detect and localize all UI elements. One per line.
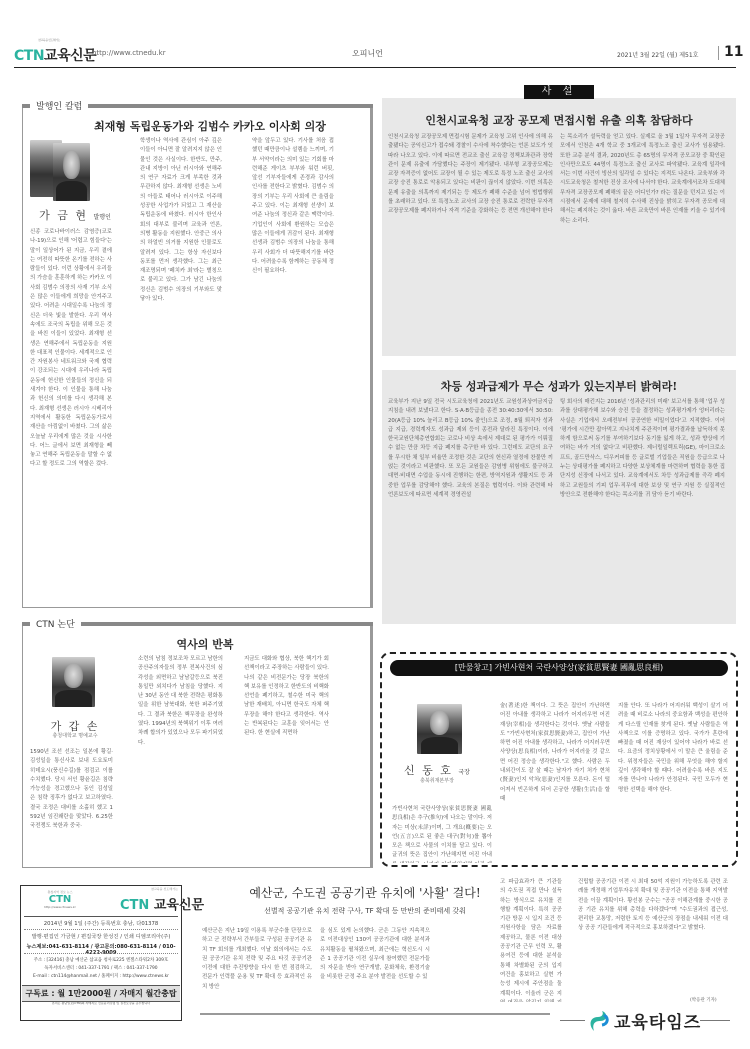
author-name: 가 금 현 발행인 <box>30 207 120 223</box>
divider <box>700 1020 730 1021</box>
info-small-logo: 충청지역 정보 뉴스 CTN http://www.ctnews.kr <box>40 890 80 909</box>
editorial2-column-2: 팅 회사의 매킨지는 2016년 '성과관리의 미래' 보고서를 통해 '업무 … <box>560 398 725 616</box>
masthead-logo[interactable]: 참교육을 선도해가는 CTN교육신문 <box>14 45 96 65</box>
author-title: 발행인 <box>93 214 110 221</box>
manmul-column-2: 술(著述)한 책이다. 그 뜻은 집안이 가난하면 어진 아내를 생각하고 나라… <box>500 702 610 863</box>
author-title-inline: 국장 <box>458 769 470 776</box>
ctn-column-headline[interactable]: 역사의 반복 <box>130 636 280 652</box>
yesan-column-2: 을 심도 있게 논의했다. 군은 그동안 지속적으로 이전대상인 130여 공공… <box>320 927 430 1002</box>
info-logo-main: CTN 교육신문 <box>120 894 204 913</box>
info-small-logo-url: http://www.ctnews.kr <box>40 905 80 909</box>
info-contact: 뉴스제보:041-631-8114 / 광고문의:080-631-8114 / … <box>22 943 180 956</box>
info-email: E-mail : ctn114@hanmail.net / 홈페이지 : htt… <box>22 973 180 979</box>
info-registration: 2014년 9월 1일 (주간) 등록번호 충남, 다01378 <box>22 919 180 927</box>
edutimes-logo[interactable]: 교육타임즈 <box>588 1008 701 1033</box>
info-subscriber: 독자서비스센터 : 041-337-1791 / 팩스 : 041-337-17… <box>22 965 180 971</box>
author-name-text: 가 금 현 <box>39 209 88 222</box>
info-logo-ctn: CTN <box>120 898 149 913</box>
masthead-logo-kr: 교육신문 <box>44 48 96 64</box>
info-subscription: 구독료 : 월 1만2000원 / 자매지 월간충탑 <box>22 985 180 1002</box>
manmul-column-3: 지를 안다. 또 나라가 어지러워 백성이 살기 어려울 때 비로소 나라의 중… <box>618 702 728 863</box>
article-column-3: 지금도 대화와 협상, 북한 핵기가 회선책이라고 주장하는 사람들이 있다. … <box>244 655 329 863</box>
info-small-logo-ctn: CTN <box>40 894 80 905</box>
author-photo-publisher <box>53 143 90 201</box>
article-column-3: 약을 앞두고 있다. 기사를 처음 접했던 때만큼이나 설렘을 느끼며, 기부 … <box>252 137 334 337</box>
publisher-column-headline[interactable]: 최재형 독립운동가와 김범수 카카오 이사회 의장 <box>60 118 360 134</box>
author-name-text: 신 동 호 <box>404 764 453 777</box>
divider <box>718 46 719 60</box>
article-column-2: 학생이나 역사에 관심이 아주 깊은 이들이 아니면 잘 알려지지 않은 인물인… <box>140 137 222 600</box>
section-title: 오피니언 <box>352 48 383 59</box>
editorial2-headline[interactable]: 차등 성과급제가 무슨 성과가 있는지부터 밝혀라! <box>385 378 733 394</box>
yesan-subheadline: 선별적 공공기관 유치 전략 구사, TF 확대 등 만반의 준비태세 갖춰 <box>200 906 530 916</box>
divider <box>200 1013 550 1015</box>
author-photo-manmul <box>417 704 462 754</box>
author-photo-ctn <box>52 657 95 707</box>
editorial2-column-1: 교육부가 지난 9일 전국 시도교육청에 2021년도 교원성과상여금지급 지침… <box>388 398 553 616</box>
article-column-1: 1590년 조선 선조는 일본에 황길·김성일을 통신사로 보내 도요토미 히데… <box>30 748 113 863</box>
info-logo: 참교육을 선도해가는 <box>116 887 186 891</box>
divider <box>560 1020 585 1021</box>
yesan-column-3: 고 파급효과가 큰 기관들의 수도권 직접 만나 설득하는 방식으로 유치를 진… <box>500 878 562 1002</box>
ctn-column-label: CTN 논단 <box>30 617 81 630</box>
author-title: 충청대학교 명예교수 <box>30 732 120 739</box>
masthead-logo-ctn: CTN <box>14 48 44 64</box>
info-staff: 발행·편집인 가금현 / 편집국장 한성진 / 인쇄 디엠코리아(주) <box>22 932 180 940</box>
info-footer-note: 본지는 충남일보(CTN)의 자매지로 신문윤리강령 및 실천요강을 준수합니다 <box>22 1001 180 1005</box>
editorial-tag: 사 설 <box>524 85 594 99</box>
editorial-column-2: 는 목소리가 설득력을 얻고 있다. 실제로 올 3월 1일자 무자격 교장공모… <box>560 133 725 348</box>
info-logo-tagline: 참교육을 선도해가는 <box>116 887 186 891</box>
edutimes-logo-text: 교육타임즈 <box>614 1008 701 1033</box>
masthead-url[interactable]: http://www.ctnedu.kr <box>92 49 166 57</box>
page-number: 11 <box>724 44 743 60</box>
article-column-2: 소련의 남침 정보조차 모르고 남한의 공산주의자들의 정부 전복사건의 심각성… <box>138 655 223 863</box>
edutimes-logo-icon <box>588 1009 610 1033</box>
yesan-column-4: 건립할 공공기관 이전 시 최대 50억 지원이 가능하도록 관련 조례를 개정… <box>578 878 728 998</box>
author-name: 신 동 호 국장 <box>392 762 482 778</box>
yesan-reporter: (박응관 기자) <box>690 997 717 1003</box>
info-logo-kr: 교육신문 <box>154 898 204 913</box>
article-column-1: 신종 코로나바이러스 감염증(코로나-19)으로 인해 '어렵고 힘들다'는 말… <box>30 228 112 600</box>
author-title: 충북취재본부장 <box>392 777 482 784</box>
info-address: 주소 : [32416] 충남 예산군 삽교읍 청사로225 엔젤스타워2차 3… <box>22 957 180 963</box>
manmul-title-bar[interactable]: [만물창고] 가빈사현처 국란사양상(家貧思賢妻 國亂思良相) <box>390 660 728 676</box>
editorial-column-1: 인천시교육청 교장공모제 면접시험 문제가 교육청 고위 인사에 의해 유출됐다… <box>388 133 553 348</box>
editorial-headline[interactable]: 인천시교육청 교장 공모제 면접시험 유출 의혹 참담하다 <box>385 112 733 128</box>
divider <box>24 953 178 954</box>
divider <box>24 929 178 930</box>
issue-date: 2021년 3월 22일 (월) 제51호 <box>617 50 698 59</box>
yesan-headline[interactable]: 예산군, 수도권 공공기관 유치에 '사활' 걸다! <box>200 884 530 901</box>
divider <box>24 916 178 917</box>
yesan-column-1: 예산군은 지난 19일 이용록 부군수를 단장으로 하고 군 전략부서 간부들로… <box>202 927 312 1002</box>
masthead-rule <box>14 67 736 68</box>
manmul-column-1: 가빈사현처 국란사양상(家貧思賢妻 國亂思良相)은 추구(推句)에 나오는 말이… <box>392 805 492 863</box>
masthead-tagline: 참교육을 선도해가는 <box>38 38 60 42</box>
publisher-column-label: 발행인 칼럼 <box>30 99 88 112</box>
